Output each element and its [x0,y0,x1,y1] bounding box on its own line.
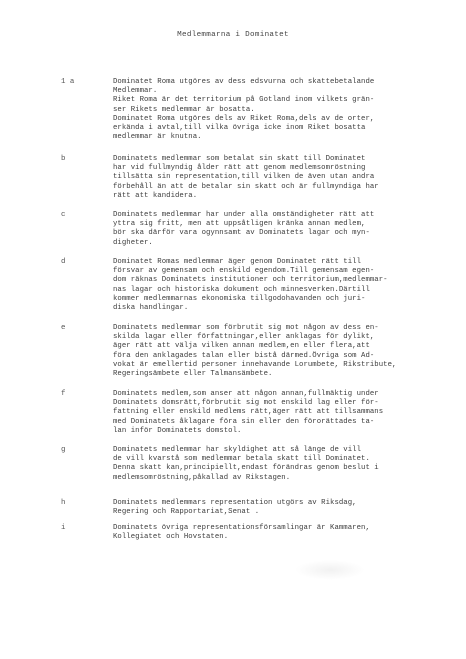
section-label: i [61,524,65,532]
section-label: d [61,258,65,266]
section-text: Dominatets medlemmar som betalat sin ska… [113,155,453,201]
section-text: Dominatets medlemmar har under alla omst… [113,211,453,248]
document-page: Medlemmarna i Dominatet 1 a Dominatet Ro… [0,0,466,659]
section-text: Dominatets medlemmar som förbrutit sig m… [113,324,453,379]
section-label: 1 a [61,78,74,86]
section-label: g [61,446,65,454]
section-label: f [61,390,65,398]
section-text: Dominatet Romas medlemmar äger genom Dom… [113,258,453,313]
section-label: c [61,211,65,219]
section-text: Dominatets medlem,som anser att någon an… [113,390,453,436]
section-label: h [61,499,65,507]
section-text: Dominatets övriga representationsförsaml… [113,524,453,542]
section-text: Dominatet Roma utgöres av dess edsvurna … [113,78,453,142]
section-label: e [61,324,65,332]
section-text: Dominatets medlemmar har skyldighet att … [113,446,453,483]
section-label: b [61,155,65,163]
section-text: Dominatets medlemmars representation utg… [113,499,453,517]
scan-smudge [295,560,365,580]
document-title: Medlemmarna i Dominatet [0,31,466,39]
